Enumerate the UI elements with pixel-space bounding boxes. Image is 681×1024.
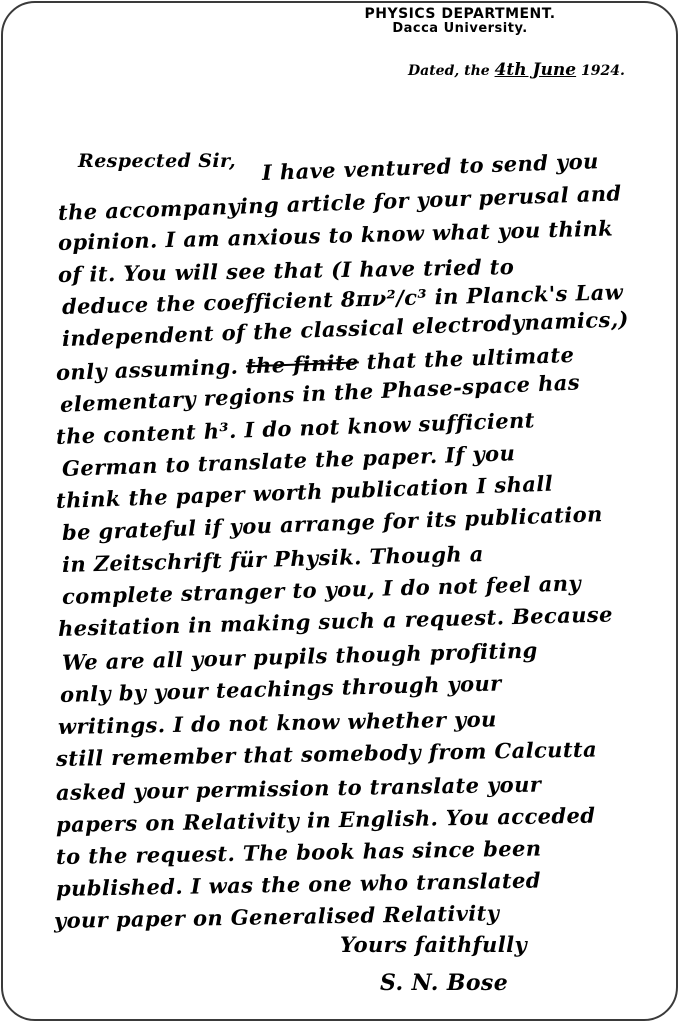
date-line: Dated, the 4th June 1924. <box>408 60 625 80</box>
date-day: 4th June <box>495 60 577 80</box>
letterhead-department: PHYSICS DEPARTMENT. <box>330 6 590 22</box>
closing: Yours faithfully <box>340 932 527 957</box>
date-year: 1924. <box>581 63 625 79</box>
date-prefix: Dated, the <box>408 63 490 79</box>
signature: S. N. Bose <box>380 970 508 996</box>
salutation: Respected Sir, <box>78 150 236 172</box>
struck-text: the finite <box>246 349 360 378</box>
letterhead: PHYSICS DEPARTMENT. Dacca University. <box>330 6 590 36</box>
letterhead-university: Dacca University. <box>330 21 590 36</box>
